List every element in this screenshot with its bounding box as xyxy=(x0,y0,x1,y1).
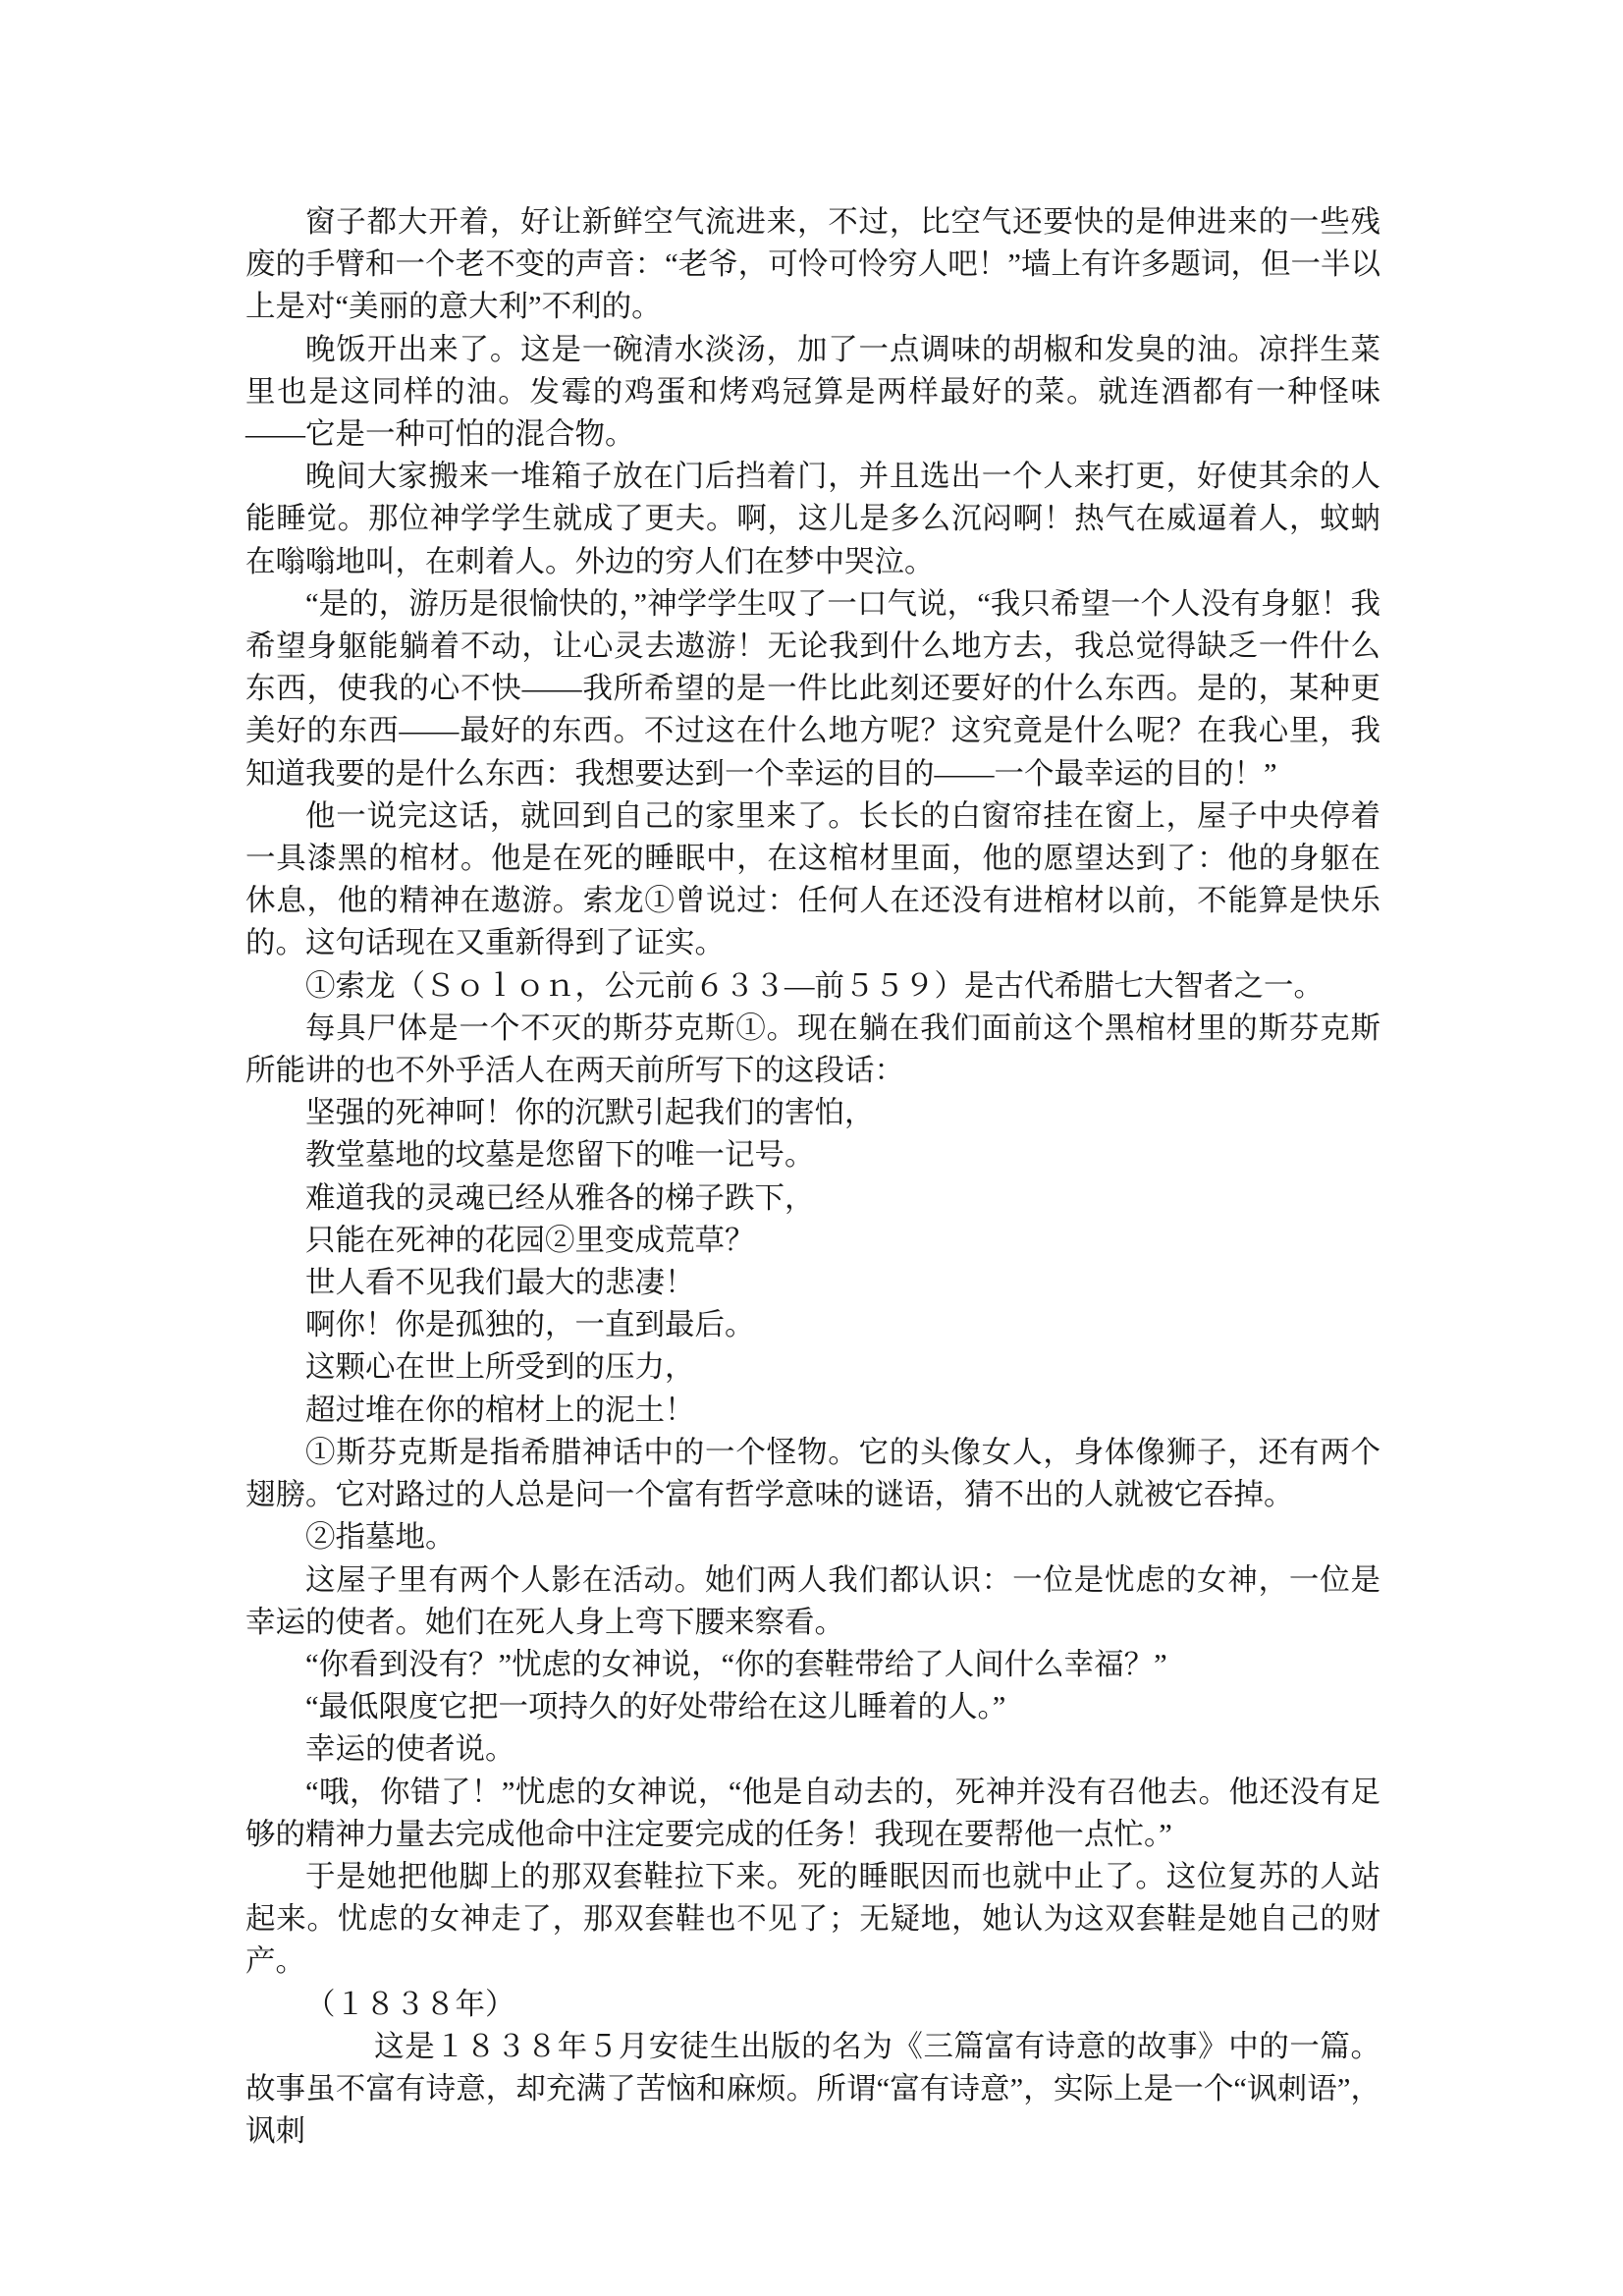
dialogue-care-goddess: “你看到没有？”忧虑的女神说，“你的套鞋带给了人间什么幸福？” xyxy=(245,1644,1380,1686)
poem-line-5: 世人看不见我们最大的悲凄！ xyxy=(245,1262,1380,1304)
paragraph-messenger-said: 幸运的使者说。 xyxy=(245,1728,1380,1771)
paragraph-coffin: 他一说完这话，就回到自己的家里来了。长长的白窗帘挂在窗上，屋子中央停着一具漆黑的… xyxy=(245,795,1380,965)
poem-line-4: 只能在死神的花园②里变成荒草？ xyxy=(245,1220,1380,1262)
footnote-graveyard: ②指墓地。 xyxy=(245,1516,1380,1558)
paragraph-two-figures: 这屋子里有两个人影在活动。她们两人我们都认识：一位是忧虑的女神，一位是幸运的使者… xyxy=(245,1559,1380,1644)
commentary-paragraph: 这是１８３８年５月安徒生出版的名为《三篇富有诗意的故事》中的一篇。故事虽不富有诗… xyxy=(245,2026,1380,2154)
footnote-solon: ①索龙（Ｓｏｌｏｎ，公元前６３３—前５５９）是古代希腊七大智者之一。 xyxy=(245,965,1380,1008)
paragraph-supper: 晚饭开出来了。这是一碗清水淡汤，加了一点调味的胡椒和发臭的油。凉拌生菜里也是这同… xyxy=(245,329,1380,457)
footnote-sphinx: ①斯芬克斯是指希腊神话中的一个怪物。它的头像女人，身体像狮子，还有两个翅膀。它对… xyxy=(245,1432,1380,1516)
paragraph-night-watch: 晚间大家搬来一堆箱子放在门后挡着门，并且选出一个人来打更，好使其余的人能睡觉。那… xyxy=(245,456,1380,583)
dialogue-you-are-wrong: “哦，你错了！”忧虑的女神说，“他是自动去的，死神并没有召他去。他还没有足够的精… xyxy=(245,1772,1380,1856)
paragraph-windows-open: 窗子都大开着，好让新鲜空气流进来，不过，比空气还要快的是伸进来的一些残废的手臂和… xyxy=(245,201,1380,329)
paragraph-sphinx-intro: 每具尸体是一个不灭的斯芬克斯①。现在躺在我们面前这个黑棺材里的斯芬克斯所能讲的也… xyxy=(245,1008,1380,1092)
poem-line-6: 啊你！你是孤独的，一直到最后。 xyxy=(245,1304,1380,1346)
poem-line-1: 坚强的死神呵！你的沉默引起我们的害怕， xyxy=(245,1092,1380,1134)
publication-year: （１８３８年） xyxy=(245,1984,1380,2026)
document-page: 窗子都大开着，好让新鲜空气流进来，不过，比空气还要快的是伸进来的一些残废的手臂和… xyxy=(245,201,1380,2153)
poem-line-2: 教堂墓地的坟墓是您留下的唯一记号。 xyxy=(245,1134,1380,1176)
dialogue-lasting-benefit: “最低限度它把一项持久的好处带给在这儿睡着的人。” xyxy=(245,1686,1380,1728)
paragraph-student-dialogue: “是的，游历是很愉快的，”神学学生叹了一口气说，“我只希望一个人没有身躯！我希望… xyxy=(245,583,1380,795)
paragraph-galoshes-removed: 于是她把他脚上的那双套鞋拉下来。死的睡眠因而也就中止了。这位复苏的人站起来。忧虑… xyxy=(245,1856,1380,1984)
poem-line-7: 这颗心在世上所受到的压力， xyxy=(245,1346,1380,1389)
poem-line-8: 超过堆在你的棺材上的泥土！ xyxy=(245,1390,1380,1432)
poem-line-3: 难道我的灵魂已经从雅各的梯子跌下， xyxy=(245,1177,1380,1220)
